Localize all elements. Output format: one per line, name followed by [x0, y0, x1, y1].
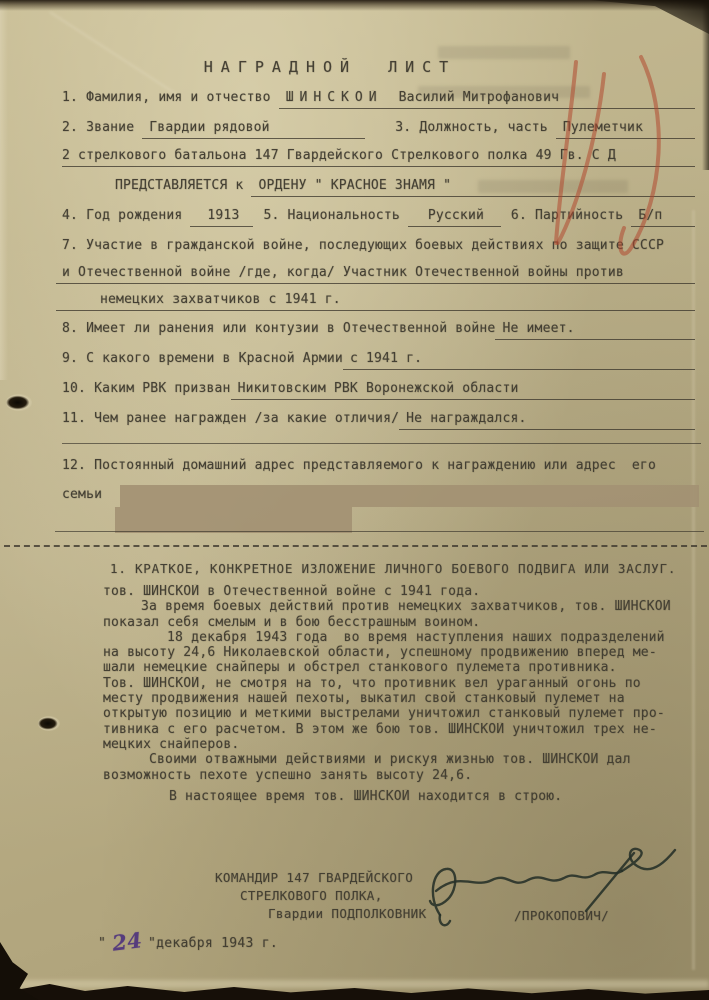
date-line: " 24 " декабря 1943 г.: [98, 927, 278, 952]
field-prior-awards-label: 11. Чем ранее награжден /за какие отличи…: [62, 411, 399, 427]
field-birthyear-label: 4. Год рождения: [62, 208, 190, 224]
field-name-label: 1. Фамилия, имя и отчество: [62, 90, 279, 106]
field-birth-nationality-party: 4. Год рождения 1913 5. Национальность Р…: [62, 208, 695, 227]
citation-heading: 1. КРАТКОЕ, КОНКРЕТНОЕ ИЗЛОЖЕНИЕ ЛИЧНОГО…: [110, 561, 695, 576]
field-drafted-value: Никитовским РВК Воронежской области: [231, 381, 695, 400]
citation-line: мецких снайперов.: [103, 737, 697, 752]
field-position-value: Пулеметчик: [556, 120, 695, 139]
field-address-text1: 12. Постоянный домашний адрес представля…: [62, 458, 656, 474]
field-nationality-label: 5. Национальность: [253, 208, 407, 224]
citation-line: показал себя смелым и в бою бесстрашным …: [103, 615, 697, 630]
field-address-text2: семьи: [62, 487, 102, 503]
field-drafted-by: 10. Каким РВК призван Никитовским РВК Во…: [62, 381, 695, 400]
field-position-label: 3. Должность, часть: [365, 120, 556, 136]
citation-line: Тов. ШИНСКОЙ, не смотря на то, что проти…: [103, 676, 697, 691]
date-rest: декабря 1943 г.: [156, 936, 278, 951]
citation-line: на высоту 24,6 Николаевской области, усп…: [103, 645, 697, 660]
signature-block-line3: Гвардии ПОДПОЛКОВНИК: [268, 906, 427, 921]
given-names: Василий Митрофанович: [383, 90, 560, 105]
field-war-value3: немецких захватчиков с 1941 г.: [56, 292, 341, 308]
redaction-block: [115, 507, 352, 533]
paper-crease: [50, 11, 177, 94]
citation-line: открытую позицию и меткими выстрелами ун…: [103, 706, 697, 721]
worn-left-edge: [0, 0, 8, 380]
field-wounds-label: 8. Имеет ли ранения или контузии в Отече…: [62, 321, 495, 337]
field-rank-value: Гвардии рядовой: [142, 120, 365, 139]
citation-line: тов. ШИНСКОЙ в Отечественной войне с 194…: [103, 584, 697, 599]
field-service-since: 9. С какого времени в Красной Армии с 19…: [62, 351, 695, 370]
field-name: 1. Фамилия, имя и отчество ШИНСКОЙ Васил…: [62, 90, 695, 109]
field-war-label2: и Отечественной войне /где, когда/: [56, 265, 343, 281]
handwritten-day: 24: [105, 927, 150, 957]
field-war-participation-line2: и Отечественной войне /где, когда/ Участ…: [56, 265, 695, 284]
punch-hole: [6, 394, 32, 411]
separator-line: [55, 531, 704, 532]
citation-line: Своими отважными действиями и рискуя жиз…: [103, 752, 697, 767]
field-war-value2: Участник Отечественной войны против: [343, 265, 624, 281]
handwritten-signature: [418, 845, 678, 940]
surname: ШИНСКОЙ: [286, 90, 383, 105]
citation-line: 18 декабря 1943 года во время наступлени…: [103, 630, 697, 645]
field-award-value: ОРДЕНУ " КРАСНОЕ ЗНАМЯ ": [251, 178, 695, 197]
field-home-address-line1: 12. Постоянный домашний адрес представля…: [62, 458, 695, 474]
field-rank-label: 2. Звание: [62, 120, 142, 136]
punch-hole: [38, 716, 60, 731]
field-drafted-label: 10. Каким РВК призван: [62, 381, 231, 397]
document-title: НАГРАДНОЙ ЛИСТ: [110, 58, 550, 76]
field-party-value: Б/п: [631, 208, 695, 227]
field-prior-awards-value: Не награждался.: [399, 411, 695, 430]
field-wounds-value: Не имеет.: [495, 321, 695, 340]
field-war-participation-text: 7. Участие в гражданской войне, последую…: [62, 238, 664, 254]
field-service-label: 9. С какого времени в Красной Армии: [62, 351, 343, 367]
field-name-value: ШИНСКОЙ Василий Митрофанович: [279, 90, 695, 109]
dashed-divider: [4, 545, 707, 547]
citation-line: месту продвижения нашей пехоты, выкатил …: [103, 691, 697, 706]
field-award: ПРЕДСТАВЛЯЕТСЯ к ОРДЕНУ " КРАСНОЕ ЗНАМЯ …: [115, 178, 695, 197]
field-rank-position: 2. Звание Гвардии рядовой 3. Должность, …: [62, 120, 695, 139]
field-unit: 2 стрелкового батальона 147 Гвардейского…: [62, 148, 695, 167]
citation-line: За время боевых действий против немецких…: [103, 599, 697, 614]
field-award-label: ПРЕДСТАВЛЯЕТСЯ к: [115, 178, 251, 194]
field-unit-value: 2 стрелкового батальона 147 Гвардейского…: [62, 148, 695, 167]
field-prior-awards: 11. Чем ранее награжден /за какие отличи…: [62, 411, 695, 430]
field-war-participation-line1: 7. Участие в гражданской войне, последую…: [62, 238, 695, 254]
signature-block-line2: СТРЕЛКОВОГО ПОЛКА,: [240, 888, 383, 903]
field-war-participation-line3: немецких захватчиков с 1941 г.: [56, 292, 695, 311]
citation-line: тивника с его расчетом. В этом же бою то…: [103, 722, 697, 737]
dark-right-edge: [702, 0, 709, 170]
field-wounds: 8. Имеет ли ранения или контузии в Отече…: [62, 321, 695, 340]
redaction-block: [120, 485, 699, 507]
field-birthyear-value: 1913: [190, 208, 253, 227]
torn-bottom-edge-highlight: [0, 980, 709, 988]
citation-body: тов. ШИНСКОЙ в Отечественной войне с 194…: [103, 584, 697, 804]
signature-block-line1: КОМАНДИР 147 ГВАРДЕЙСКОГО: [215, 870, 413, 885]
field-service-value: с 1941 г.: [343, 351, 695, 370]
field-party-label: 6. Партийность: [501, 208, 631, 224]
citation-line: возможность пехоте успешно занять высоту…: [103, 768, 697, 783]
dark-top-edge: [0, 0, 709, 11]
award-sheet-page: НАГРАДНОЙ ЛИСТ 1. Фамилия, имя и отчеств…: [0, 0, 709, 1000]
citation-line: шали немецкие снайперы и обстрел станков…: [103, 660, 697, 675]
separator-line: [62, 443, 701, 444]
citation-line: В настоящее время тов. ШИНСКОЙ находится…: [103, 789, 697, 804]
field-nationality-value: Русский: [408, 208, 501, 227]
